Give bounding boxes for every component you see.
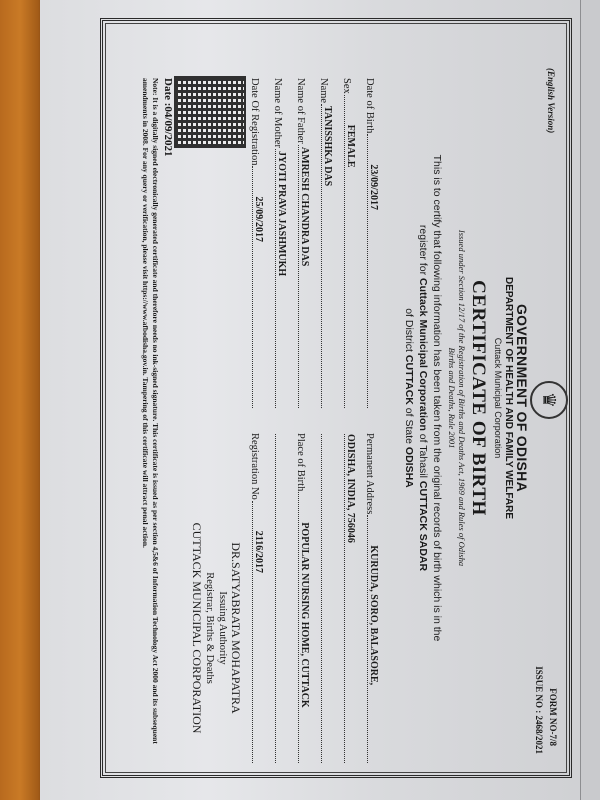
signatory-office: CUTTACK MUNICIPAL CORPORATION — [190, 488, 203, 768]
birth-certificate: (English Version) FORM NO-7/8 ISSUE NO :… — [100, 18, 572, 778]
issued-under-text-2: Births and Deaths, Rule 2001 — [447, 18, 457, 778]
field-place-of-birth: Place of BirthPOPULAR NURSING HOME, CUTT… — [295, 433, 318, 763]
field-permanent-address: Permanent AddressKURUDA, SORO, BALASORE, — [364, 433, 387, 763]
issue-number: ISSUE NO : 2468/2021 — [534, 666, 544, 754]
tahasil: CUTTACK SADAR — [417, 481, 429, 571]
issued-under-text: Issued under Section 12/17 of the Regist… — [457, 18, 467, 778]
field-address-line-2: ODISHA, INDIA, 756046 — [341, 433, 364, 763]
english-version-label: (English Version) — [546, 68, 556, 133]
signatory-role: Issuing Authority — [216, 488, 229, 768]
signatory-designation: Registrar, Births & Deaths — [203, 488, 216, 768]
state-emblem-icon: ♛ — [530, 381, 568, 419]
form-number: FORM NO-7/8 — [548, 688, 558, 746]
paper-edge — [580, 0, 600, 800]
fields-right-column: Permanent AddressKURUDA, SORO, BALASORE,… — [249, 433, 387, 763]
digital-signature-note: Note: It is a digitally signed electroni… — [140, 78, 160, 748]
government-heading: GOVERNMENT OF ODISHA — [514, 18, 530, 778]
field-sex: SexFEMALE — [341, 78, 364, 408]
field-mother-name: Name of MotherJYOTI PRAVA JASHMUKH — [272, 78, 295, 408]
certify-statement: This is to certify that following inform… — [402, 18, 444, 778]
field-date-of-registration: Date Of Registration25/09/2017 — [249, 78, 272, 408]
field-registration-no: Registration No2116/2017 — [249, 433, 272, 763]
qr-code-icon — [174, 76, 246, 148]
district: CUTTACK — [403, 355, 415, 405]
fields-left-column: Date of Birth23/09/2017 SexFEMALE NameTA… — [249, 78, 387, 408]
certificate-header: GOVERNMENT OF ODISHA DEPARTMENT OF HEALT… — [402, 18, 530, 778]
local-body: Cuttack Municipal Corporation — [417, 278, 429, 431]
field-address-line-3 — [318, 433, 341, 763]
field-date-of-birth: Date of Birth23/09/2017 — [364, 78, 387, 408]
issue-date: Date :04/09/2021 — [162, 78, 174, 157]
department-heading: DEPARTMENT OF HEALTH AND FAMILY WELFARE — [503, 18, 514, 778]
field-father-name: Name of FatherAMRESH CHANDRA DAS — [295, 78, 318, 408]
state: ODISHA — [403, 447, 415, 488]
field-place-line-2 — [272, 433, 295, 763]
field-name: NameTANISSHKA DAS — [318, 78, 341, 408]
signatory-name: DR.SATYABRATA MOHAPATRA — [229, 488, 242, 768]
corporation-heading: Cuttack Municipal Corporation — [493, 18, 503, 778]
signatory-block: DR.SATYABRATA MOHAPATRA Issuing Authorit… — [190, 488, 242, 768]
certificate-title: CERTIFICATE OF BIRTH — [467, 18, 489, 778]
